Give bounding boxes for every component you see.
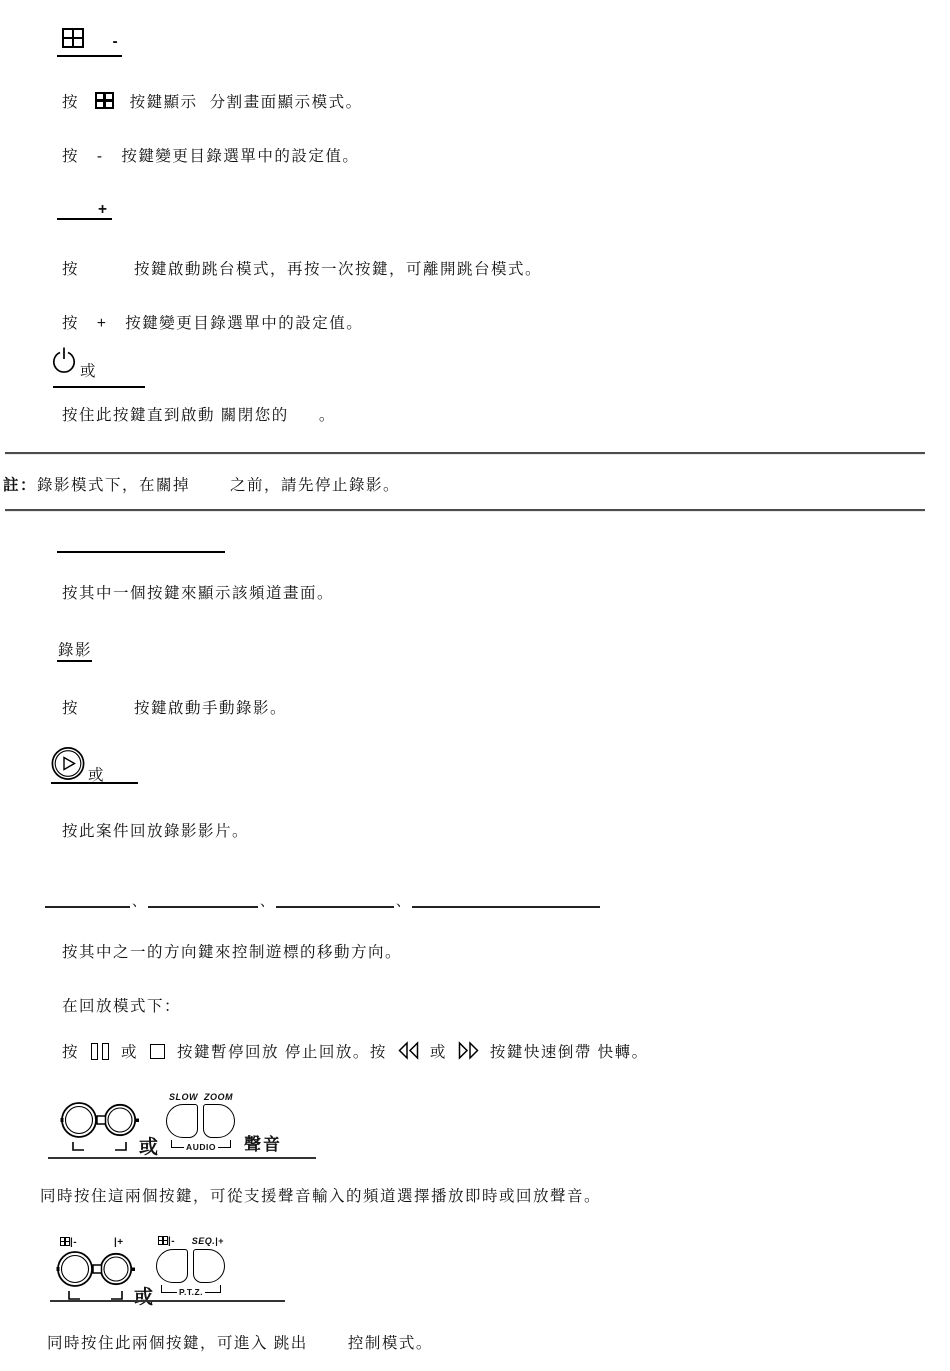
paragraph-minus: 按 - 按鍵變更目錄選單中的設定值。: [62, 144, 359, 166]
plus-combo-label: |+: [114, 1237, 124, 1248]
heading-display-minus: -: [62, 28, 119, 51]
channel-knobs-icon: [60, 1100, 145, 1159]
heading-underline: [53, 386, 145, 388]
ptz-combo-figure: |- |+ 或 |- SEQ.|+: [50, 1236, 300, 1306]
seq-plus-label: SEQ.|+: [192, 1236, 224, 1247]
direction-blanks: 、 、 、: [45, 882, 600, 908]
fast-forward-icon: [457, 1041, 480, 1062]
heading-underline: [51, 782, 138, 784]
paragraph-power: 按住此按鍵直到啟動 關閉您的。: [62, 403, 336, 425]
audio-combo-figure: 或 SLOW ZOOM AUDIO 聲音: [40, 1086, 330, 1162]
note-text-post: 之前，請先停止錄影。: [230, 477, 400, 494]
text-minus-desc: 按鍵變更目錄選單中的設定值。: [121, 148, 359, 165]
figure-underline: [48, 1157, 316, 1159]
quad-display-icon: [62, 28, 84, 48]
paragraph-channel: 按其中一個按鍵來顯示該頻道畫面。: [62, 581, 334, 603]
minus-key-label: -: [97, 148, 104, 165]
heading-underline: [57, 660, 92, 662]
text-display-desc2: 分割畫面顯示模式。: [210, 94, 363, 111]
blank-underline: [276, 882, 394, 908]
paragraph-play: 按此案件回放錄影影片。: [62, 819, 249, 841]
text-period: 。: [319, 407, 336, 424]
text-power-desc: 按住此按鍵直到啟動 關閉您的: [62, 407, 289, 424]
paragraph-record: 按按鍵啟動手動錄影。: [62, 696, 287, 718]
or-label: 或: [139, 1132, 158, 1159]
blank-underline: [45, 882, 130, 908]
or-label: 或: [121, 1040, 138, 1062]
sound-label: 聲音: [244, 1130, 282, 1155]
separator: 、: [258, 896, 276, 906]
quad-display-icon: [95, 92, 114, 109]
paragraph-playback-intro: 在回放模式下：: [62, 994, 181, 1016]
text-record-desc: 按鍵啟動手動錄影。: [134, 700, 287, 717]
separator: 、: [394, 896, 412, 906]
text-press: 按: [62, 700, 79, 717]
horizontal-rule: [5, 509, 925, 512]
text-press: 按: [62, 1040, 79, 1062]
figure-underline: [50, 1300, 285, 1302]
zoom-button-label: ZOOM: [204, 1092, 233, 1102]
audio-label: AUDIO: [184, 1142, 218, 1152]
paragraph-jump: 按按鍵啟動跳台模式，再按一次按鍵，可離開跳台模式。: [62, 257, 542, 279]
minus-combo-text: |-: [70, 1237, 77, 1248]
display-minus-label: |-: [60, 1237, 77, 1248]
text-ptz-post: 控制模式。: [348, 1335, 433, 1352]
seq-text: SEQ.: [192, 1236, 216, 1246]
play-icon: [51, 746, 86, 787]
horizontal-rule: [5, 452, 925, 455]
note-text-pre: 錄影模式下，在關掉: [37, 477, 190, 494]
text-pause-desc: 按鍵暫停回放 停止回放。按: [177, 1040, 387, 1062]
text-plus-desc: 按鍵變更目錄選單中的設定值。: [125, 315, 363, 332]
ptz-buttons-icon: |- SEQ.|+ P.T.Z.: [156, 1236, 226, 1293]
slow-button-label: SLOW: [169, 1092, 198, 1102]
separator: 、: [130, 896, 148, 906]
minus-combo-text: |-: [168, 1236, 175, 1247]
text-press: 按: [62, 315, 79, 332]
heading-plus-label: +: [98, 201, 109, 219]
quad-display-icon: [158, 1236, 168, 1245]
ptz-label: P.T.Z.: [177, 1287, 205, 1297]
quad-display-icon: [60, 1237, 70, 1246]
blank-underline: [148, 882, 258, 908]
text-press: 按: [62, 261, 79, 278]
plus-key-label: +: [97, 315, 108, 332]
or-label: 或: [80, 359, 97, 381]
ptz-bracket: P.T.Z.: [161, 1285, 221, 1293]
heading-minus-label: -: [112, 33, 119, 50]
audio-buttons-icon: SLOW ZOOM AUDIO: [166, 1092, 236, 1148]
or-label: 或: [430, 1040, 447, 1062]
text-press: 按: [62, 148, 79, 165]
power-icon: [51, 346, 77, 379]
text-jump-desc: 按鍵啟動跳台模式，再按一次按鍵，可離開跳台模式。: [134, 261, 542, 278]
text-press: 按: [62, 94, 79, 111]
paragraph-audio: 同時按住這兩個按鍵，可從支援聲音輸入的頻道選擇播放即時或回放聲音。: [40, 1184, 601, 1206]
record-heading: 錄影: [58, 638, 92, 660]
ptz-right-button: [193, 1249, 225, 1283]
paragraph-direction: 按其中之一的方向鍵來控制遊標的移動方向。: [62, 940, 402, 962]
audio-bracket: AUDIO: [171, 1140, 231, 1148]
heading-underline: [57, 218, 112, 220]
text-display-desc: 按鍵顯示: [130, 94, 198, 111]
rewind-icon: [397, 1041, 420, 1062]
paragraph-plus: 按 + 按鍵變更目錄選單中的設定值。: [62, 311, 363, 333]
manual-page: - 按 按鍵顯示分割畫面顯示模式。 按 - 按鍵變更目錄選單中的設定值。 + 按…: [0, 0, 950, 1371]
note-label: 註：: [3, 477, 37, 494]
heading-underline: [57, 55, 122, 57]
paragraph-playback-keys: 按 或 按鍵暫停回放 停止回放。按 或 按鍵快速倒帶 快轉。: [62, 1040, 649, 1062]
slow-button: [166, 1104, 198, 1138]
plus-text: |+: [215, 1236, 224, 1246]
text-ff-desc: 按鍵快速倒帶 快轉。: [490, 1040, 649, 1062]
zoom-button: [203, 1104, 235, 1138]
text-ptz-pre: 同時按住此兩個按鍵，可進入 跳出: [47, 1335, 308, 1352]
pause-icon: [91, 1043, 109, 1060]
paragraph-display: 按 按鍵顯示分割畫面顯示模式。: [62, 90, 363, 112]
paragraph-ptz: 同時按住此兩個按鍵，可進入 跳出控制模式。: [47, 1331, 433, 1353]
or-label: 或: [134, 1282, 153, 1309]
blank-heading-underline: [57, 551, 225, 553]
display-minus-label: |-: [158, 1236, 175, 1247]
note-paragraph: 註：錄影模式下，在關掉之前，請先停止錄影。: [3, 473, 400, 495]
stop-icon: [150, 1044, 165, 1059]
blank-underline: [412, 882, 600, 908]
ptz-left-button: [156, 1249, 188, 1283]
